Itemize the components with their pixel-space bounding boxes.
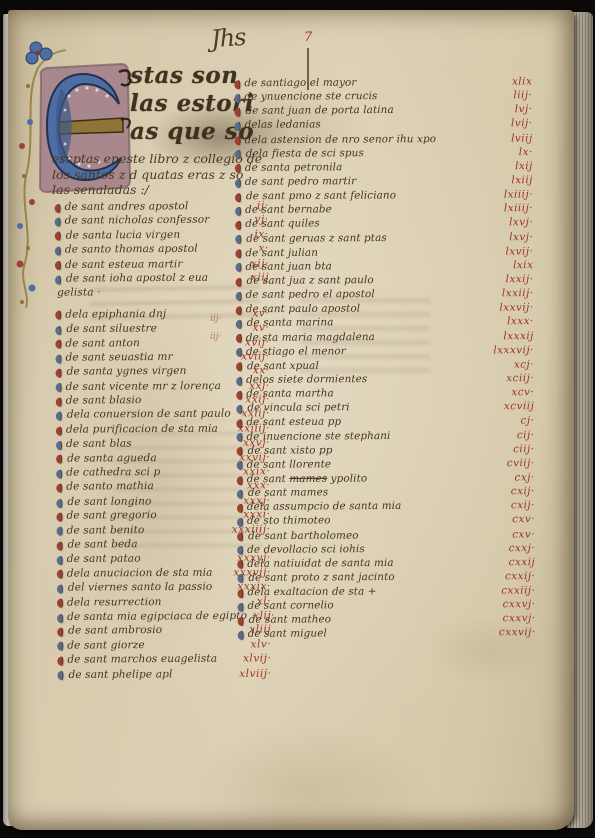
entry-folio-numeral: cxxvj·	[497, 598, 536, 610]
entry-title: de sant giorze	[67, 639, 145, 651]
entry-title: de sant nicholas confessor	[65, 214, 210, 227]
paraph-mark-icon	[236, 433, 242, 442]
entry-folio-numeral: ciij·	[507, 443, 535, 455]
paraph-mark-icon	[235, 150, 241, 159]
entry-folio-numeral: cxij·	[505, 499, 535, 511]
toc-entry: de sant mames ypolitocxj·	[237, 471, 535, 487]
paraph-mark-icon	[235, 207, 241, 216]
paraph-mark-icon	[56, 383, 62, 392]
entry-title: dela epiphania dnj	[65, 308, 166, 321]
entry-title-continuation: gelista ·	[57, 287, 101, 299]
paraph-mark-icon	[57, 614, 63, 623]
paraph-mark-icon	[55, 311, 61, 320]
paraph-mark-icon	[57, 656, 63, 665]
entry-title: de santo mathia	[66, 480, 154, 493]
toc-entry: de sant xpualxcj·	[236, 358, 534, 374]
entry-title: de sant marchos euagelista	[67, 653, 217, 666]
toc-entry: de sant esteua ppcj·	[236, 415, 534, 431]
entry-folio-numeral: cviij·	[501, 457, 535, 469]
paraph-mark-icon	[57, 628, 63, 637]
toc-entry: dela exaltacion de sta +cxxiij·	[237, 585, 535, 601]
entry-title: de santa marina	[247, 317, 334, 330]
paraph-mark-icon	[57, 584, 63, 593]
entry-title: de ynuencione ste crucis	[244, 90, 377, 103]
paraph-mark-icon	[235, 250, 241, 259]
entry-folio-numeral: lx·	[513, 146, 533, 158]
entry-title: de sant esteua martir	[65, 258, 183, 271]
entry-folio-numeral: lxxxij	[497, 330, 534, 342]
paraph-mark-icon	[237, 532, 243, 541]
entry-title: de sant pedro martir	[245, 175, 356, 188]
entry-title: dela assumpcio de santa mia	[247, 500, 402, 513]
entry-title: de sant blas	[66, 438, 132, 450]
entry-title: de santa agueda	[67, 452, 157, 465]
entry-folio-numeral: cxij·	[505, 485, 535, 497]
entry-title: de sant vicente mr z lorença	[66, 380, 221, 393]
entry-title: de sant pedro el apostol	[246, 288, 375, 301]
toc-entry: de sant paulo apostollxxvij·	[236, 302, 534, 318]
entry-title: de sant proto z sant jacinto	[248, 571, 394, 584]
paraph-mark-icon	[235, 193, 241, 202]
entry-title: de santa mia egipciaca de egipto	[67, 610, 247, 623]
entry-title: de sant bernabe	[245, 204, 332, 217]
entry-title: de sant juan bta	[245, 260, 332, 273]
entry-title: de sant phelipe apl	[68, 668, 172, 681]
entry-title: dela anuciacion de sta mia	[67, 566, 213, 579]
paraph-mark-icon	[55, 261, 61, 270]
paraph-mark-icon	[236, 277, 242, 286]
entry-title: de sto thimoteo	[247, 515, 331, 528]
paraph-mark-icon	[236, 320, 242, 329]
paraph-mark-icon	[55, 326, 61, 335]
entry-title: de sant esteua pp	[246, 416, 341, 429]
toc-entry: de sant pedro el apostollxxiij·	[236, 287, 534, 303]
entry-title: de sant benito	[67, 524, 145, 536]
paraph-mark-icon	[56, 412, 62, 421]
entry-title: de sant jua z sant paulo	[246, 274, 373, 287]
paraph-mark-icon	[55, 340, 61, 349]
paraph-mark-icon	[238, 617, 244, 626]
entry-folio-numeral: xcv·	[505, 386, 534, 398]
entry-title: de sant pmo z sant feliciano	[246, 189, 396, 202]
toc-entry: de sant geruas z sant ptaslxvj·	[235, 231, 533, 247]
paraph-mark-icon	[55, 354, 61, 363]
entry-folio-numeral: lxvj·	[503, 216, 533, 228]
paraph-mark-icon	[237, 574, 243, 583]
paraph-mark-icon	[235, 122, 241, 131]
paraph-mark-icon	[57, 642, 63, 651]
entry-folio-numeral: lxiiij·	[498, 202, 533, 214]
paraph-mark-icon	[235, 221, 241, 230]
paraph-mark-icon	[237, 490, 243, 499]
entry-folio-numeral: cxv·	[506, 528, 535, 540]
toc-entry: de sant llorentecviij·	[237, 457, 535, 473]
toc-entry: de sant proto z sant jacintocxxij·	[237, 570, 535, 586]
paraph-mark-icon	[237, 603, 243, 612]
paraph-mark-icon	[234, 80, 240, 89]
toc-entry: de sant pedro martirlxiij	[235, 174, 533, 190]
entry-folio-numeral: lxxvij·	[493, 302, 533, 314]
paraph-mark-icon	[237, 560, 243, 569]
entry-title: de sant xisto pp	[248, 444, 333, 457]
paraph-mark-icon	[236, 405, 242, 414]
entry-title: de sant longino	[67, 495, 151, 508]
entry-title: de santo thomas apostol	[65, 243, 198, 256]
entry-title: dela fiesta de sci spus	[246, 147, 364, 160]
paraph-mark-icon	[57, 556, 63, 565]
entry-folio-numeral: xciij·	[500, 372, 534, 384]
entry-title: de santa petronila	[245, 161, 343, 174]
entry-folio-numeral: liij·	[507, 89, 532, 101]
toc-entry: de sant julianlxvij·	[235, 245, 533, 261]
entry-title: de sant ambrosio	[68, 624, 162, 637]
paraph-mark-icon	[236, 419, 242, 428]
entry-title: de sant patao	[67, 553, 141, 565]
paraph-mark-icon	[235, 178, 241, 187]
paraph-mark-icon	[57, 541, 63, 550]
entry-title: de sant blasio	[66, 394, 142, 406]
entry-title: de santa martha	[246, 387, 334, 400]
paraph-mark-icon	[56, 441, 62, 450]
entry-title: de santa lucia virgen	[66, 229, 181, 242]
entry-title: dela resurrection	[67, 596, 162, 609]
paraph-mark-icon	[55, 218, 61, 227]
entry-title: de sant geruas z sant ptas	[246, 232, 387, 245]
paraph-mark-icon	[234, 108, 240, 117]
entry-title: de sant miguel	[248, 628, 327, 640]
paraph-mark-icon	[235, 164, 241, 173]
entry-title: de sant matheo	[249, 614, 332, 627]
paraph-mark-icon	[237, 447, 243, 456]
manuscript-photo: Jhs 7	[0, 0, 595, 838]
entry-title: dela natiuidat de santa mia	[247, 557, 393, 570]
paraph-mark-icon	[238, 631, 244, 640]
folio-number: 7	[304, 30, 312, 45]
entry-folio-numeral: lxij	[509, 160, 533, 172]
entry-title: dela purificacion de sta mia	[66, 423, 218, 436]
entry-title: de sant julian	[245, 246, 318, 258]
entry-title: de sant cornelio	[247, 600, 333, 613]
entry-title: de sant siluestre	[66, 323, 157, 336]
entry-folio-numeral: lvij·	[505, 118, 533, 130]
entry-title: de cathedra sci p	[66, 466, 160, 479]
entry-title: del viernes santo la passio	[68, 581, 213, 594]
entry-title: de sant bartholomeo	[248, 529, 359, 542]
entry-folio-numeral: lxiiij·	[498, 189, 533, 201]
entry-title: dela astension de nro senor ihu xpo	[245, 133, 436, 146]
paraph-mark-icon	[236, 348, 242, 357]
toc-entry: de sant bartholomeocxv·	[237, 528, 535, 544]
entry-title: de sant beda	[68, 538, 138, 550]
toc-entry: de sant miguelcxxvij·	[238, 627, 536, 643]
entry-folio-numeral: xlvij·	[237, 652, 271, 664]
paraph-mark-icon	[237, 504, 243, 513]
paraph-mark-icon	[236, 292, 242, 301]
entry-folio-numeral: cxxvij·	[493, 627, 536, 639]
entry-title: de sant mames	[248, 486, 329, 498]
toc-entry: delas ledaniaslvij·	[235, 118, 533, 134]
entry-title: de santa ygnes virgen	[67, 365, 187, 378]
entry-title: de stiago el menor	[246, 345, 346, 358]
entry-title: de sant andres apostol	[65, 200, 189, 213]
entry-folio-numeral: lxix	[507, 259, 533, 271]
entry-folio-numeral: xcviij	[498, 400, 534, 412]
paraph-mark-icon	[56, 484, 62, 493]
paraph-mark-icon	[57, 599, 63, 608]
entry-title: de sant mames ypolito	[247, 472, 368, 485]
entry-folio-numeral: lviij	[505, 132, 533, 144]
paraph-mark-icon	[57, 570, 63, 579]
entry-title: de sant ioha apostol z eua	[66, 272, 208, 285]
paraph-mark-icon	[237, 589, 243, 598]
entry-folio-numeral: cxv·	[506, 513, 535, 525]
entry-folio-numeral: cij·	[511, 429, 535, 441]
entry-title: delos siete dormientes	[246, 373, 367, 386]
entry-title: de sant juan de porta latina	[245, 104, 393, 117]
paraph-mark-icon	[237, 518, 243, 527]
paraph-mark-icon	[56, 469, 62, 478]
paraph-mark-icon	[55, 232, 61, 241]
paraph-mark-icon	[56, 513, 62, 522]
entry-folio-numeral: lxxx·	[501, 315, 534, 327]
paraph-mark-icon	[55, 204, 61, 213]
entry-folio-numeral: lxvj·	[503, 231, 533, 243]
entry-title: de sta maria magdalena	[246, 331, 375, 344]
paraph-mark-icon	[237, 476, 243, 485]
entry-title: de sant quiles	[245, 218, 320, 230]
paraph-mark-icon	[236, 376, 242, 385]
entry-title: de devollacio sci iohis	[247, 543, 365, 556]
toc-entry: de santiago el mayorxlix	[234, 75, 532, 91]
entry-folio-numeral: lxxiij·	[496, 287, 534, 299]
entry-title: de sant xpual	[247, 360, 319, 372]
entry-folio-numeral: cxxiij·	[495, 585, 535, 597]
toc-entry: de stiago el menorlxxxvij·	[236, 344, 534, 360]
toc-entry: de sant pmo z sant felicianolxiiij·	[235, 189, 533, 205]
entry-title: de sant anton	[65, 337, 140, 349]
entry-folio-numeral: cxxvj·	[497, 612, 536, 624]
entry-title: dela exaltacion de sta +	[247, 586, 376, 599]
paraph-mark-icon	[236, 391, 242, 400]
toc-entry: de sto thimoteocxv·	[237, 513, 535, 529]
marginal-note: iij·	[210, 314, 221, 324]
ihs-monogram: Jhs	[210, 23, 246, 53]
paraph-mark-icon	[236, 363, 242, 372]
paraph-mark-icon	[56, 455, 62, 464]
marginal-note: iij·	[210, 332, 221, 342]
entry-folio-numeral: cj·	[514, 415, 534, 427]
paraph-mark-icon	[56, 369, 62, 378]
entry-folio-numeral: cxxij·	[499, 570, 535, 582]
toc-right-column: de santiago el mayorxlixde ynuencione st…	[234, 75, 535, 642]
entry-title: de santiago el mayor	[244, 77, 356, 90]
entry-folio-numeral: xlix	[506, 75, 532, 87]
paraph-mark-icon	[235, 136, 241, 145]
paraph-mark-icon	[55, 246, 61, 255]
entry-folio-numeral: lxxxvij·	[487, 344, 534, 356]
paraph-mark-icon	[57, 527, 63, 536]
toc-entry: de vincula sci petrixcviij	[236, 400, 534, 416]
entry-title: de sant paulo apostol	[246, 303, 361, 316]
entry-title: de inuencione ste stephani	[246, 429, 390, 442]
entry-folio-numeral: cxxij	[503, 556, 536, 568]
toc-entry: dela astension de nro senor ihu xpolviij	[235, 132, 533, 148]
paraph-mark-icon	[237, 546, 243, 555]
paraph-mark-icon	[56, 426, 62, 435]
entry-folio-numeral: lxiij	[505, 174, 533, 186]
entry-title: de sant seuastia mr	[65, 351, 172, 364]
entry-folio-numeral: cxj·	[508, 471, 534, 483]
toc-entry: de sant phelipe aplxlviij·	[57, 667, 271, 683]
entry-folio-numeral: lxvij·	[499, 245, 533, 257]
entry-folio-numeral: xlviij·	[233, 667, 271, 679]
entry-title: de vincula sci petri	[247, 401, 349, 414]
paraph-mark-icon	[55, 275, 61, 284]
entry-folio-numeral: lvj·	[509, 103, 533, 115]
entry-folio-numeral: lxxij·	[500, 273, 534, 285]
paraph-mark-icon	[235, 263, 241, 272]
paraph-mark-icon	[234, 94, 240, 103]
entry-title: delas ledanias	[245, 119, 321, 131]
paraph-mark-icon	[56, 499, 62, 508]
paraph-mark-icon	[56, 397, 62, 406]
paraph-mark-icon	[235, 235, 241, 244]
paraph-mark-icon	[57, 671, 63, 680]
entry-folio-numeral: cxxj·	[503, 542, 536, 554]
entry-folio-numeral: xcj·	[508, 358, 534, 370]
entry-title: de sant llorente	[247, 458, 332, 471]
manuscript-page: Jhs 7	[8, 10, 574, 830]
paraph-mark-icon	[237, 461, 243, 470]
paraph-mark-icon	[236, 306, 242, 315]
paraph-mark-icon	[236, 334, 242, 343]
entry-title: dela conuersion de sant paulo	[67, 408, 231, 421]
entry-title: de sant gregorio	[66, 509, 156, 522]
toc-entry: de sant marchos euagelistaxlvij·	[57, 652, 271, 668]
